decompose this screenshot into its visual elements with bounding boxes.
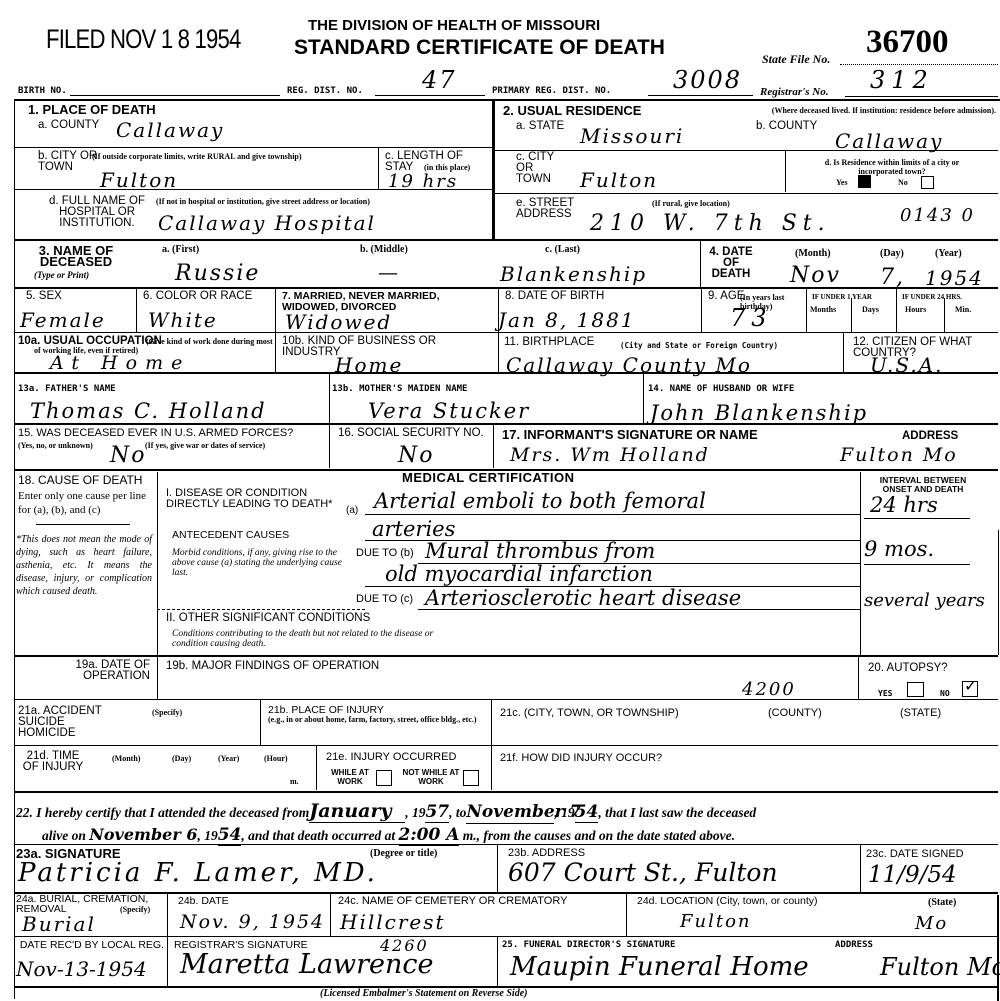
burial-location-label: 24d. LOCATION (City, town, or county) xyxy=(637,896,818,907)
dod-month-label: (Month) xyxy=(795,249,831,258)
res-street-label: e. STREET ADDRESS xyxy=(516,198,586,220)
cause-a-value[interactable]: Arterial emboli to both femoral xyxy=(374,490,706,512)
burial-date-label: 24b. DATE xyxy=(178,896,229,907)
cause-a-continued[interactable]: arteries xyxy=(372,518,455,540)
autopsy-label: 20. AUTOPSY? xyxy=(868,663,948,674)
pod-city-value[interactable]: Fulton xyxy=(100,170,178,190)
res-yes-checkbox[interactable] xyxy=(858,175,871,188)
agency-heading: THE DIVISION OF HEALTH OF MISSOURI xyxy=(308,17,600,34)
interval-c-value[interactable]: several years xyxy=(864,590,985,612)
cert-alive-on[interactable]: November 6 xyxy=(89,825,197,845)
birth-no-label: BIRTH NO. xyxy=(18,87,67,96)
dob-value[interactable]: Jan 8, 1881 xyxy=(498,310,636,330)
name-note: (Type or Print) xyxy=(34,270,89,280)
cause-a-tag: (a) xyxy=(346,505,358,516)
residence-note: (Where deceased lived. If institution: r… xyxy=(666,106,996,115)
res-no-checkbox[interactable] xyxy=(921,176,934,189)
pod-county-label: a. COUNTY xyxy=(38,120,99,131)
injury-m-label: m. xyxy=(290,777,299,786)
certification-line-1: 22. I hereby certify that I attended the… xyxy=(16,800,1000,824)
operation-annotation: 4200 xyxy=(742,680,796,700)
dob-label: 8. DATE OF BIRTH xyxy=(505,291,604,302)
informant-address-value[interactable]: Fulton Mo xyxy=(840,445,958,465)
res-no-label: No xyxy=(898,178,908,187)
physician-signature[interactable]: Patricia F. Lamer, MD. xyxy=(18,862,378,884)
autopsy-yes-checkbox[interactable] xyxy=(907,682,924,697)
last-name-value[interactable]: Blankenship xyxy=(500,264,647,284)
cause-b-value[interactable]: Mural thrombus from xyxy=(425,540,655,562)
funeral-director-signature[interactable]: Maupin Funeral Home xyxy=(510,956,809,978)
informant-value[interactable]: Mrs. Wm Holland xyxy=(510,445,710,465)
injury-time-label: 21d. TIME OF INJURY xyxy=(18,751,88,773)
cert-from-month[interactable]: January xyxy=(309,800,405,823)
armed-forces-value[interactable]: No xyxy=(110,446,147,466)
interval-b-value[interactable]: 9 mos. xyxy=(864,538,934,560)
birthplace-label: 11. BIRTHPLACE xyxy=(504,337,594,348)
pod-hospital-value[interactable]: Callaway Hospital xyxy=(158,213,376,233)
middle-name-label: b. (Middle) xyxy=(360,245,408,254)
injury-state-label: (STATE) xyxy=(900,708,941,719)
spouse-label: 14. NAME OF HUSBAND OR WIFE xyxy=(648,385,794,394)
dod-day-value[interactable]: 7, xyxy=(880,268,905,288)
pod-city-label: b. CITY OR TOWN xyxy=(38,151,98,173)
medical-certification-heading: MEDICAL CERTIFICATION xyxy=(402,472,575,483)
spouse-value[interactable]: John Blankenship xyxy=(650,403,868,423)
mother-value[interactable]: Vera Stucker xyxy=(368,401,530,421)
marital-value[interactable]: Widowed xyxy=(285,312,392,332)
injury-hour-label: (Hour) xyxy=(264,754,288,763)
cemetery-value[interactable]: Hillcrest xyxy=(340,912,446,932)
autopsy-no-checkbox[interactable]: ✓ xyxy=(962,681,978,697)
birthplace-note: (City and State or Foreign Country) xyxy=(620,341,778,350)
cert-line1-prefix: 22. I hereby certify that I attended the… xyxy=(16,805,309,820)
part2-note: Conditions contributing to the death but… xyxy=(172,629,442,649)
accident-label: 21a. ACCIDENT SUICIDE HOMICIDE xyxy=(18,706,118,739)
father-label: 13a. FATHER'S NAME xyxy=(18,385,116,394)
cause-c-value[interactable]: Arteriosclerotic heart disease xyxy=(425,587,741,609)
injury-occurred-label: 21e. INJURY OCCURRED xyxy=(326,752,456,763)
funeral-director-label: 25. FUNERAL DIRECTOR'S SIGNATURE xyxy=(502,941,675,950)
burial-note: (Specify) xyxy=(120,905,150,914)
armed-forces-note1: (Yes, no, or unknown) xyxy=(18,441,93,450)
cause-b-continued[interactable]: old myocardial infarction xyxy=(385,563,653,585)
part1-label: I. DISEASE OR CONDITION DIRECTLY LEADING… xyxy=(166,488,346,510)
not-at-work-checkbox[interactable] xyxy=(463,770,479,786)
ssn-value[interactable]: No xyxy=(398,446,435,466)
sex-label: 5. SEX xyxy=(26,291,62,302)
pod-county-value[interactable]: Callaway xyxy=(116,120,224,140)
cause-note: Enter only one cause per line for (a), (… xyxy=(18,489,156,517)
injury-month-label: (Month) xyxy=(112,754,140,763)
res-city-value[interactable]: Fulton xyxy=(580,170,658,190)
cert-to-date[interactable]: November 7 xyxy=(466,801,554,824)
cert-to-label: , to xyxy=(449,805,466,820)
burial-state-value[interactable]: Mo xyxy=(915,914,948,934)
accident-specify-label: (Specify) xyxy=(152,708,182,717)
res-county-label: b. COUNTY xyxy=(756,121,817,132)
state-file-label: State File No. xyxy=(762,52,830,67)
certificate-title: STANDARD CERTIFICATE OF DEATH xyxy=(294,36,665,60)
armed-forces-label: 15. WAS DECEASED EVER IN U.S. ARMED FORC… xyxy=(18,428,293,439)
age-value[interactable]: 73 xyxy=(730,308,773,328)
interval-a-value[interactable]: 24 hrs xyxy=(870,494,938,516)
autopsy-yes-label: YES xyxy=(878,689,892,698)
res-city-label: c. CITY OR TOWN xyxy=(516,152,556,185)
res-state-value[interactable]: Missouri xyxy=(580,126,684,146)
under-year-label: IF UNDER 1 YEAR xyxy=(812,293,872,302)
cert-alive-year[interactable]: 54 xyxy=(218,825,242,846)
cause-b-tag: DUE TO (b) xyxy=(356,548,414,559)
hours-label: Hours xyxy=(905,305,926,314)
cert-from-year-prefix: , 19 xyxy=(405,805,425,820)
burial-location-value[interactable]: Fulton xyxy=(680,912,752,932)
pod-hospital-label: d. FULL NAME OF HOSPITAL OR INSTITUTION. xyxy=(38,196,156,229)
date-recd-label: DATE REC'D BY LOCAL REG. xyxy=(16,940,164,951)
operation-findings-label: 19b. MAJOR FINDINGS OF OPERATION xyxy=(166,661,379,672)
cert-line2-mid: , and that death occurred at xyxy=(241,828,395,843)
under-day-label: IF UNDER 24 HRS. xyxy=(902,293,962,302)
cert-from-year[interactable]: 57 xyxy=(425,802,449,823)
injury-place-note: (e.g., in or about home, farm, factory, … xyxy=(268,715,488,724)
res-state-label: a. STATE xyxy=(516,121,564,132)
cert-line2-prefix: alive on xyxy=(42,828,86,843)
res-street-annotation: 0143 0 xyxy=(900,206,975,226)
date-recd-value[interactable]: Nov-13-1954 xyxy=(16,958,147,980)
race-label: 6. COLOR OR RACE xyxy=(143,291,252,302)
date-signed-label: 23c. DATE SIGNED xyxy=(866,849,964,860)
pod-hospital-note: (If not in hospital or institution, give… xyxy=(156,197,370,206)
cert-to-year[interactable]: 54 xyxy=(575,802,599,823)
registrar-no-label: Registrar's No. xyxy=(760,86,828,98)
not-at-work-label: NOT WHILE AT WORK xyxy=(400,768,462,786)
place-of-death-section: 1. PLACE OF DEATH xyxy=(28,104,156,115)
antecedent-label: ANTECEDENT CAUSES xyxy=(172,530,289,541)
reg-dist-label: REG. DIST. NO. xyxy=(287,87,363,96)
autopsy-no-label: NO xyxy=(940,689,950,698)
days-label: Days xyxy=(862,305,879,314)
funeral-address-value[interactable]: Fulton Mo xyxy=(880,956,1000,978)
res-within-limits-label: d. Is Residence within limits of a city … xyxy=(812,158,972,176)
cert-line1-suffix: , that I last saw the deceased xyxy=(598,805,756,820)
last-name-label: c. (Last) xyxy=(545,245,580,254)
physician-address[interactable]: 607 Court St., Fulton xyxy=(508,862,778,884)
injury-year-label: (Year) xyxy=(218,754,239,763)
certification-line-2: alive on November 6, 1954, and that deat… xyxy=(42,824,735,846)
injury-day-label: (Day) xyxy=(172,754,191,763)
age-label: 9. AGE xyxy=(708,291,744,302)
cemetery-label: 24c. NAME OF CEMETERY OR CREMATORY xyxy=(338,896,567,907)
min-label: Min. xyxy=(955,305,971,314)
burial-value[interactable]: Burial xyxy=(22,914,96,934)
dod-year-label: (Year) xyxy=(935,249,962,258)
at-work-label: WHILE AT WORK xyxy=(326,768,374,786)
race-value[interactable]: White xyxy=(148,310,218,330)
cert-to-year-prefix: , 19 xyxy=(554,805,574,820)
dod-day-label: (Day) xyxy=(880,249,904,258)
cause-c-tag: DUE TO (c) xyxy=(356,594,413,605)
cert-death-time[interactable]: 2:00 A xyxy=(399,825,460,846)
part2-label: II. OTHER SIGNIFICANT CONDITIONS xyxy=(166,613,370,624)
primary-reg-dist-number: 3008 xyxy=(673,70,742,90)
dod-label: 4. DATE OF DEATH xyxy=(706,247,756,280)
first-name-label: a. (First) xyxy=(162,245,199,254)
residence-section: 2. USUAL RESIDENCE xyxy=(503,105,641,116)
antecedent-note: Morbid conditions, if any, giving rise t… xyxy=(172,548,352,578)
middle-name-value[interactable]: — xyxy=(378,262,400,282)
informant-address-label: ADDRESS xyxy=(902,431,958,442)
res-county-value[interactable]: Callaway xyxy=(835,131,943,151)
armed-forces-note2: (If yes, give war or dates of service) xyxy=(145,441,265,450)
cause-footnote: *This does not mean the mode of dying, s… xyxy=(16,533,152,598)
mother-label: 13b. MOTHER'S MAIDEN NAME xyxy=(332,385,467,394)
res-yes-label: Yes xyxy=(836,178,848,187)
filed-stamp: FILED NOV 1 8 1954 xyxy=(46,24,240,55)
sex-value[interactable]: Female xyxy=(20,310,106,330)
degree-label: (Degree or title) xyxy=(370,849,437,858)
registrar-number: 312 xyxy=(870,70,934,90)
ssn-label: 16. SOCIAL SECURITY NO. xyxy=(338,428,488,439)
injury-city-label: 21c. (CITY, TOWN, OR TOWNSHIP) xyxy=(500,708,679,719)
interval-label: INTERVAL BETWEEN ONSET AND DEATH xyxy=(868,476,978,494)
footer-note: (Licensed Embalmer's Statement on Revers… xyxy=(320,988,527,999)
cert-alive-year-prefix: , 19 xyxy=(197,828,217,843)
cert-line2-suffix: m., from the causes and on the date stat… xyxy=(463,828,735,843)
cause-of-death-label: 18. CAUSE OF DEATH xyxy=(18,475,142,486)
registrar-signature[interactable]: Maretta Lawrence xyxy=(180,954,434,976)
reg-dist-number: 47 xyxy=(422,70,457,90)
first-name-value[interactable]: Russie xyxy=(175,264,260,284)
name-of-deceased-label: 3. NAME OF DECEASED xyxy=(26,245,126,267)
operation-date-label: 19a. DATE OF OPERATION xyxy=(18,660,150,682)
father-value[interactable]: Thomas C. Holland xyxy=(30,401,267,421)
dod-year-value[interactable]: 1954 xyxy=(925,268,984,288)
months-label: Months xyxy=(810,305,836,314)
date-signed-value[interactable]: 11/9/54 xyxy=(868,864,957,886)
informant-label: 17. INFORMANT'S SIGNATURE OR NAME xyxy=(502,429,758,440)
dod-month-value[interactable]: Nov xyxy=(790,266,841,286)
check-mark-icon: ✓ xyxy=(964,676,977,696)
primary-reg-dist-label: PRIMARY REG. DIST. NO. xyxy=(492,87,611,96)
at-work-checkbox[interactable] xyxy=(376,770,392,786)
injury-how-label: 21f. HOW DID INJURY OCCUR? xyxy=(500,753,662,764)
occupation-value[interactable]: At Home xyxy=(50,353,190,373)
funeral-address-label: ADDRESS xyxy=(835,941,873,950)
burial-state-label: (State) xyxy=(928,898,956,907)
state-file-number: 36700 xyxy=(866,24,949,61)
res-street-note: (If rural, give location) xyxy=(652,199,730,208)
pod-city-note: (If outside corporate limits, write RURA… xyxy=(92,152,378,161)
res-street-value[interactable]: 210 W. 7th St. xyxy=(590,214,831,234)
burial-date-value[interactable]: Nov. 9, 1954 xyxy=(180,912,325,932)
injury-county-label: (COUNTY) xyxy=(768,708,822,719)
